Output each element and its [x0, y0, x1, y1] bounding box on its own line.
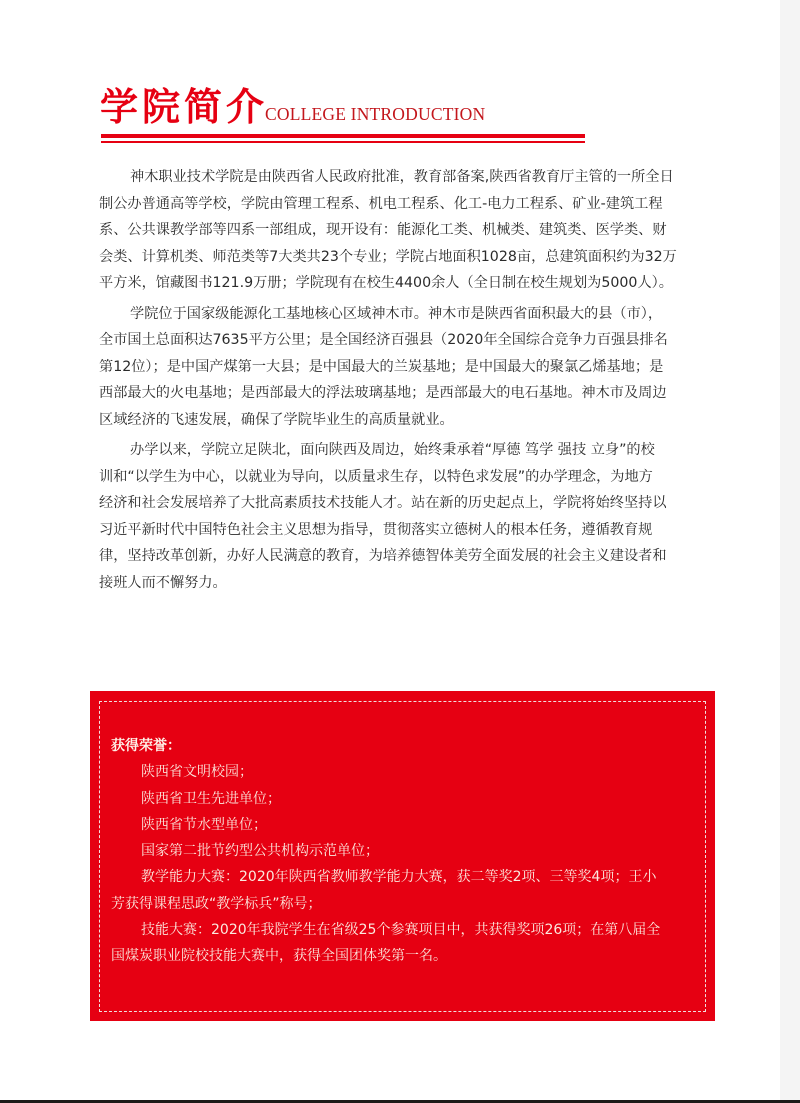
- honor-item: 陕西省节水型单位；: [111, 812, 711, 838]
- honor-item: 陕西省文明校园；: [111, 759, 711, 785]
- page-title: 学院简介: [100, 84, 268, 130]
- text-line: 神木职业技术学院是由陕西省人民政府批准，教育部备案,陕西省教育厅主管的一所全日: [99, 164, 719, 191]
- honor-skills-competition: 技能大赛：2020年我院学生在省级25个参赛项目中，共获得奖项26项；在第八届全: [111, 917, 711, 943]
- honor-teaching-competition: 教学能力大赛：2020年陕西省教师教学能力大赛，获二等奖2项、三等奖4项；王小: [111, 864, 711, 890]
- honors-content: 获得荣誉： 陕西省文明校园； 陕西省卫生先进单位； 陕西省节水型单位； 国家第二…: [111, 733, 711, 970]
- text-line: 会类、计算机类、师范类等7大类共23个专业；学院占地面积1028亩，总建筑面积约…: [99, 244, 719, 271]
- section-header: 学院简介 COLLEGE INTRODUCTION: [100, 84, 586, 148]
- honor-item: 陕西省卫生先进单位；: [111, 786, 711, 812]
- text-line: 全市国土总面积达7635平方公里；是全国经济百强县（2020年全国综合竞争力百强…: [99, 327, 719, 354]
- intro-paragraph-location: 学院位于国家级能源化工基地核心区域神木市。神木市是陕西省面积最大的县（市）， 全…: [99, 301, 719, 434]
- text-line: 律，坚持改革创新，办好人民满意的教育，为培养德智体美劳全面发展的社会主义建设者和: [99, 543, 719, 570]
- text-line: 系、公共课教学部等四系一部组成，现开设有：能源化工类、机械类、建筑类、医学类、财: [99, 217, 719, 244]
- intro-paragraph-mission: 办学以来，学院立足陕北，面向陕西及周边，始终秉承着“厚德 笃学 强技 立身”的校…: [99, 437, 719, 596]
- page-side-margin: [780, 0, 800, 1100]
- text-line: 接班人而不懈努力。: [99, 570, 719, 597]
- text-line: 西部最大的火电基地；是西部最大的浮法玻璃基地；是西部最大的电石基地。神木市及周边: [99, 380, 719, 407]
- honors-heading: 获得荣誉：: [111, 733, 711, 759]
- text-line: 平方米，馆藏图书121.9万册；学院现有在校生4400余人（全日制在校生规划为5…: [99, 270, 719, 297]
- header-divider-thin: [101, 141, 585, 143]
- text-line: 训和“以学生为中心，以就业为导向，以质量求生存，以特色求发展”的办学理念，为地方: [99, 464, 719, 491]
- honor-item: 国家第二批节约型公共机构示范单位；: [111, 838, 711, 864]
- text-line: 第12位）；是中国产煤第一大县；是中国最大的兰炭基地；是中国最大的聚氯乙烯基地；…: [99, 354, 719, 381]
- page-subtitle-english: COLLEGE INTRODUCTION: [265, 103, 485, 125]
- intro-body: 神木职业技术学院是由陕西省人民政府批准，教育部备案,陕西省教育厅主管的一所全日 …: [99, 164, 719, 600]
- text-line: 制公办普通高等学校，学院由管理工程系、机电工程系、化工-电力工程系、矿业-建筑工…: [99, 191, 719, 218]
- honors-panel: 获得荣誉： 陕西省文明校园； 陕西省卫生先进单位； 陕西省节水型单位； 国家第二…: [90, 691, 715, 1021]
- text-line: 经济和社会发展培养了大批高素质技术技能人才。站在新的历史起点上，学院将始终坚持以: [99, 490, 719, 517]
- intro-paragraph-overview: 神木职业技术学院是由陕西省人民政府批准，教育部备案,陕西省教育厅主管的一所全日 …: [99, 164, 719, 297]
- honor-teaching-competition-cont: 芳获得课程思政“教学标兵”称号；: [111, 891, 711, 917]
- text-line: 区域经济的飞速发展，确保了学院毕业生的高质量就业。: [99, 407, 719, 434]
- honor-skills-competition-cont: 国煤炭职业院校技能大赛中，获得全国团体奖第一名。: [111, 943, 711, 969]
- text-line: 学院位于国家级能源化工基地核心区域神木市。神木市是陕西省面积最大的县（市），: [99, 301, 719, 328]
- header-divider-thick: [101, 134, 585, 138]
- text-line: 习近平新时代中国特色社会主义思想为指导，贯彻落实立德树人的根本任务，遵循教育规: [99, 517, 719, 544]
- text-line: 办学以来，学院立足陕北，面向陕西及周边，始终秉承着“厚德 笃学 强技 立身”的校: [99, 437, 719, 464]
